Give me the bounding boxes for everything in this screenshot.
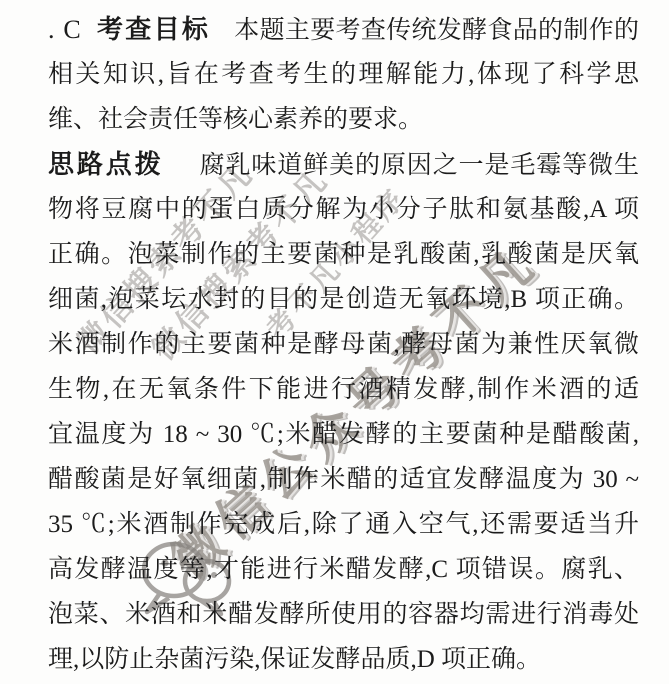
- text-line: 物将豆腐中的蛋白质分解为小分子肽和氨基酸,A 项: [48, 187, 639, 232]
- line-text: 本题主要考查传统发酵食品的制作的: [234, 17, 639, 44]
- text-line: 宜温度为 18 ~ 30 ℃;米醋发酵的主要菌种是醋酸菌,: [48, 412, 639, 457]
- scanned-answer-page: 微信搜索考不凡 微信搜索考不凡 考不凡小程序 微信公众号考不凡 3. C考查目标…: [0, 0, 669, 684]
- section-lines: 相关知识,旨在考查考生的理解能力,体现了科学思维、社会责任等核心素养的要求。: [48, 52, 639, 142]
- section-solution-hint: 思路点拨腐乳味道鲜美的原因之一是毛霉等微生 物将豆腐中的蛋白质分解为小分子肽和氨…: [48, 142, 639, 682]
- section-label-hint: 思路点拨: [48, 149, 164, 179]
- text-line: 正确。泡菜制作的主要菌种是乳酸菌,乳酸菌是厌氧: [48, 232, 639, 277]
- text-line: 相关知识,旨在考查考生的理解能力,体现了科学思: [48, 52, 639, 97]
- text-line: 泡菜、米酒和米醋发酵所使用的容器均需进行消毒处: [48, 592, 639, 637]
- text-line: 细菌,泡菜坛水封的目的是创造无氧环境,B 项正确。: [48, 277, 639, 322]
- text-line: 3. C考查目标本题主要考查传统发酵食品的制作的: [48, 7, 639, 52]
- section-label-objective: 考查目标: [97, 14, 211, 44]
- text-line: 醋酸菌是好氧细菌,制作米醋的适宜发酵温度为 30 ~: [48, 457, 639, 502]
- answer-text-block: 3. C考查目标本题主要考查传统发酵食品的制作的 相关知识,旨在考查考生的理解能…: [48, 7, 639, 682]
- item-number: 3. C: [48, 15, 82, 44]
- section-lines: 物将豆腐中的蛋白质分解为小分子肽和氨基酸,A 项正确。泡菜制作的主要菌种是乳酸菌…: [48, 187, 639, 682]
- text-line: 35 ℃;米酒制作完成后,除了通入空气,还需要适当升: [48, 502, 639, 547]
- text-line: 生物,在无氧条件下能进行酒精发酵,制作米酒的适: [48, 367, 639, 412]
- text-line: 思路点拨腐乳味道鲜美的原因之一是毛霉等微生: [48, 142, 639, 187]
- text-line: 理,以防止杂菌污染,保证发酵品质,D 项正确。: [48, 637, 639, 682]
- line-text: 腐乳味道鲜美的原因之一是毛霉等微生: [200, 152, 639, 179]
- text-line: 高发酵温度等,才能进行米醋发酵,C 项错误。腐乳、: [48, 547, 639, 592]
- section-exam-objective: 3. C考查目标本题主要考查传统发酵食品的制作的 相关知识,旨在考查考生的理解能…: [48, 7, 639, 142]
- text-line: 维、社会责任等核心素养的要求。: [48, 97, 639, 142]
- text-line: 米酒制作的主要菌种是酵母菌,酵母菌为兼性厌氧微: [48, 322, 639, 367]
